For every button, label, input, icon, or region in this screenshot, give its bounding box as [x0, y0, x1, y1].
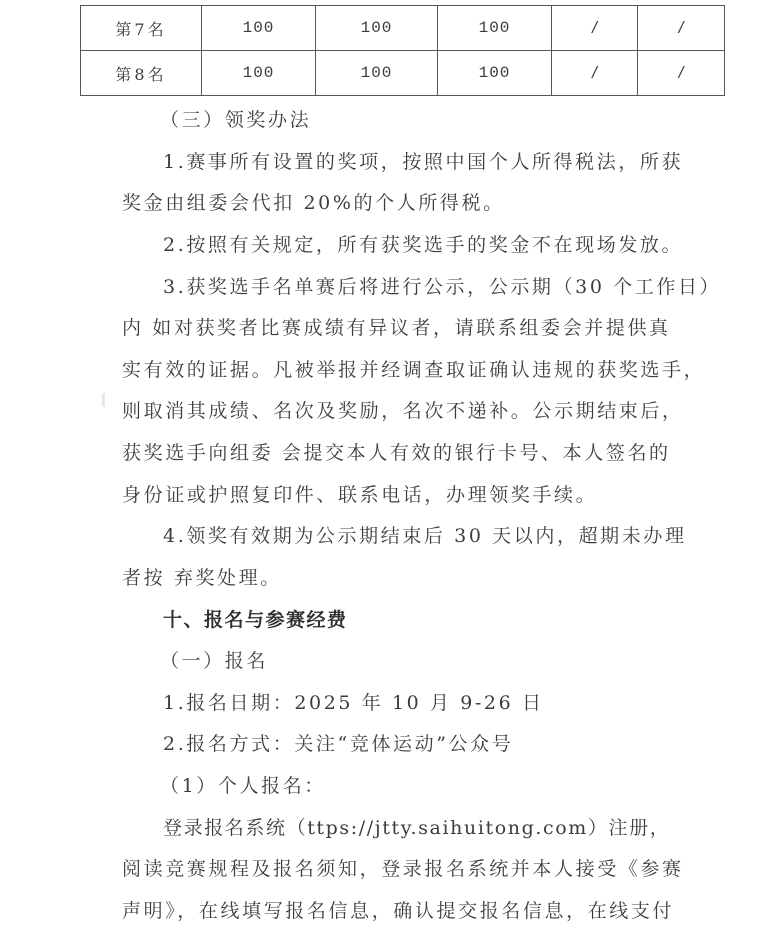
prize-table: 第7名 100 100 100 / / 第8名 100 100 100 / / [80, 5, 725, 96]
paragraph-line: 1.报名日期：2025 年 10 月 9-26 日 [163, 691, 544, 715]
paragraph-line: 内 如对获奖者比赛成绩有异议者，请联系组委会并提供真 [122, 316, 671, 340]
document-page: 第7名 100 100 100 / / 第8名 100 100 100 / / … [0, 0, 783, 930]
section-heading-award-method: （三）领奖办法 [160, 108, 311, 132]
amount-cell: 100 [202, 6, 316, 51]
paragraph-line: 奖金由组委会代扣 20%的个人所得税。 [122, 191, 505, 215]
paragraph-line: 1.赛事所有设置的奖项，按照中国个人所得税法，所获 [163, 150, 683, 174]
paragraph-line: 3.获奖选手名单赛后将进行公示，公示期（30 个工作日） [163, 275, 721, 299]
paragraph-line: 获奖选手向组委 会提交本人有效的银行卡号、本人签名的 [122, 441, 671, 465]
paragraph-line: 阅读竞赛规程及报名须知，登录报名系统并本人接受《参赛 [122, 857, 684, 881]
paragraph-line: 4.领奖有效期为公示期结束后 30 天以内，超期未办理 [163, 524, 687, 548]
table-row: 第7名 100 100 100 / / [81, 6, 725, 51]
amount-cell: 100 [202, 51, 316, 96]
rank-cell: 第8名 [81, 51, 202, 96]
rank-cell: 第7名 [81, 6, 202, 51]
section-heading-registration-fees: 十、报名与参赛经费 [163, 608, 348, 632]
paragraph-line: 2.按照有关规定，所有获奖选手的奖金不在现场发放。 [163, 233, 683, 257]
paragraph-line: 身份证或护照复印件、联系电话，办理领奖手续。 [122, 483, 597, 507]
amount-cell: 100 [316, 51, 438, 96]
paragraph-line: （1）个人报名： [160, 774, 326, 798]
sub-heading-registration: （一）报名 [160, 649, 268, 673]
paragraph-line: 实有效的证据。凡被举报并经调查取证确认违规的获奖选手， [122, 358, 705, 382]
empty-cell: / [638, 6, 725, 51]
paragraph-line: 者按 弃奖处理。 [122, 566, 282, 590]
paragraph-line: 2.报名方式：关注“竞体运动”公众号 [163, 732, 513, 756]
amount-cell: 100 [438, 51, 552, 96]
table-row: 第8名 100 100 100 / / [81, 51, 725, 96]
empty-cell: / [638, 51, 725, 96]
scan-artifact [102, 393, 105, 407]
paragraph-line: 则取消其成绩、名次及奖励，名次不递补。公示期结束后， [122, 399, 684, 423]
empty-cell: / [552, 6, 638, 51]
amount-cell: 100 [316, 6, 438, 51]
paragraph-line-registration-url: 登录报名系统（ttps://jtty.saihuitong.com）注册， [163, 816, 670, 840]
paragraph-line: 声明》，在线填写报名信息，确认提交报名信息，在线支付 [122, 899, 674, 923]
amount-cell: 100 [438, 6, 552, 51]
empty-cell: / [552, 51, 638, 96]
